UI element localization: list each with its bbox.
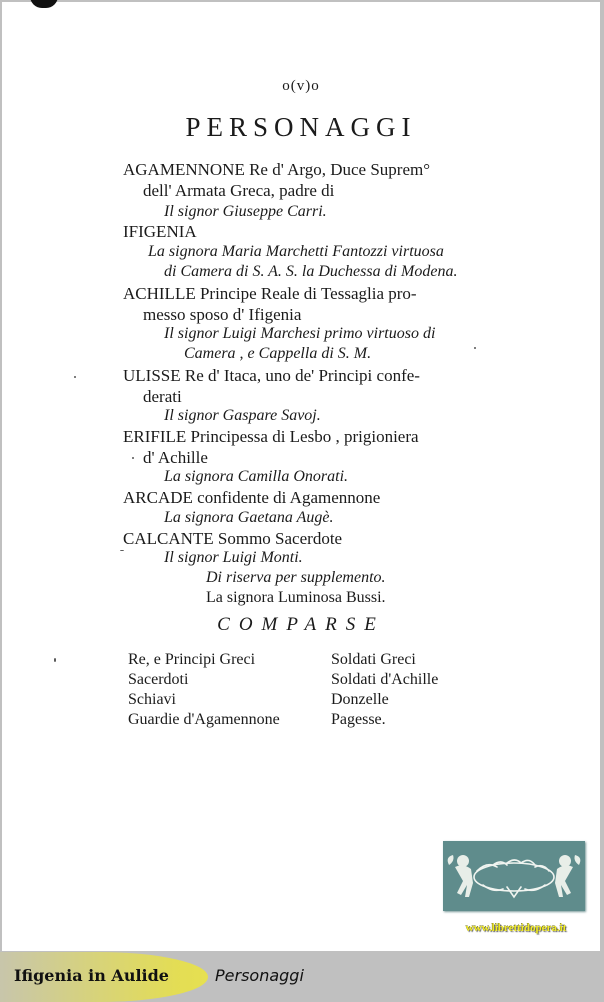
role-agamennone-cont: dell' Armata Greca, padre di <box>143 181 334 201</box>
performer-agamennone: Il signor Giuseppe Carri. <box>164 203 327 221</box>
page-title: PERSONAGGI <box>2 112 600 143</box>
role-achille-cont: messo sposo d' Ifigenia <box>143 305 301 325</box>
librettidopera-logo[interactable] <box>443 841 585 911</box>
scan-speck <box>132 457 134 459</box>
opera-title[interactable]: Ifigenia in Aulide <box>14 966 169 985</box>
section-label: Personaggi <box>215 966 304 985</box>
performer-achille: Il signor Luigi Marchesi primo virtuoso … <box>164 325 435 343</box>
comparse-left-column: Re, e Principi Greci Sacerdoti Schiavi G… <box>128 650 280 730</box>
comparse-item: Soldati d'Achille <box>331 670 438 690</box>
performer-arcade: La signora Gaetana Augè. <box>164 509 333 527</box>
performer-ifigenia: La signora Maria Marchetti Fantozzi virt… <box>148 243 444 261</box>
performer-calcante: Il signor Luigi Monti. <box>164 549 303 567</box>
comparse-item: Pagesse. <box>331 710 438 730</box>
comparse-item: Donzelle <box>331 690 438 710</box>
comparse-item: Re, e Principi Greci <box>128 650 280 670</box>
page-number: o(v)o <box>2 78 600 95</box>
performer-erifile: La signora Camilla Onorati. <box>164 468 348 486</box>
footer-bar: Ifigenia in Aulide Personaggi <box>0 952 604 1002</box>
comparse-item: Schiavi <box>128 690 280 710</box>
role-erifile: ERIFILE Principessa di Lesbo , prigionie… <box>123 427 419 447</box>
role-ulisse: ULISSE Re d' Itaca, uno de' Principi con… <box>123 366 420 386</box>
role-achille: ACHILLE Principe Reale di Tessaglia pro- <box>123 284 417 304</box>
reserve-label: Di riserva per supplemento. <box>206 569 386 587</box>
scan-speck <box>120 550 124 551</box>
comparse-item: Guardie d'Agamennone <box>128 710 280 730</box>
ink-blot <box>30 0 58 8</box>
performer-achille-cont: Camera , e Cappella di S. M. <box>184 345 371 363</box>
role-calcante: CALCANTE Sommo Sacerdote <box>123 529 342 549</box>
comparse-item: Sacerdoti <box>128 670 280 690</box>
performer-ifigenia-cont: di Camera di S. A. S. la Duchessa di Mod… <box>164 263 457 281</box>
scan-speck <box>74 376 76 378</box>
librettidopera-url[interactable]: www.librettidopera.it <box>446 922 586 934</box>
role-agamennone: AGAMENNONE Re d' Argo, Duce Suprem° <box>123 160 430 180</box>
libretto-page: o(v)o PERSONAGGI AGAMENNONE Re d' Argo, … <box>2 2 600 951</box>
scan-speck <box>54 658 56 662</box>
comparse-right-column: Soldati Greci Soldati d'Achille Donzelle… <box>331 650 438 730</box>
role-ifigenia: IFIGENIA <box>123 222 197 242</box>
performer-ulisse: Il signor Gaspare Savoj. <box>164 407 321 425</box>
role-arcade: ARCADE confidente di Agamennone <box>123 488 380 508</box>
putti-garland-icon <box>443 841 585 911</box>
comparse-heading: COMPARSE <box>2 614 600 636</box>
role-ulisse-cont: derati <box>143 387 182 407</box>
reserve-performer: La signora Luminosa Bussi. <box>206 589 386 607</box>
role-erifile-cont: d' Achille <box>143 448 208 468</box>
scan-speck <box>474 347 476 349</box>
comparse-item: Soldati Greci <box>331 650 438 670</box>
